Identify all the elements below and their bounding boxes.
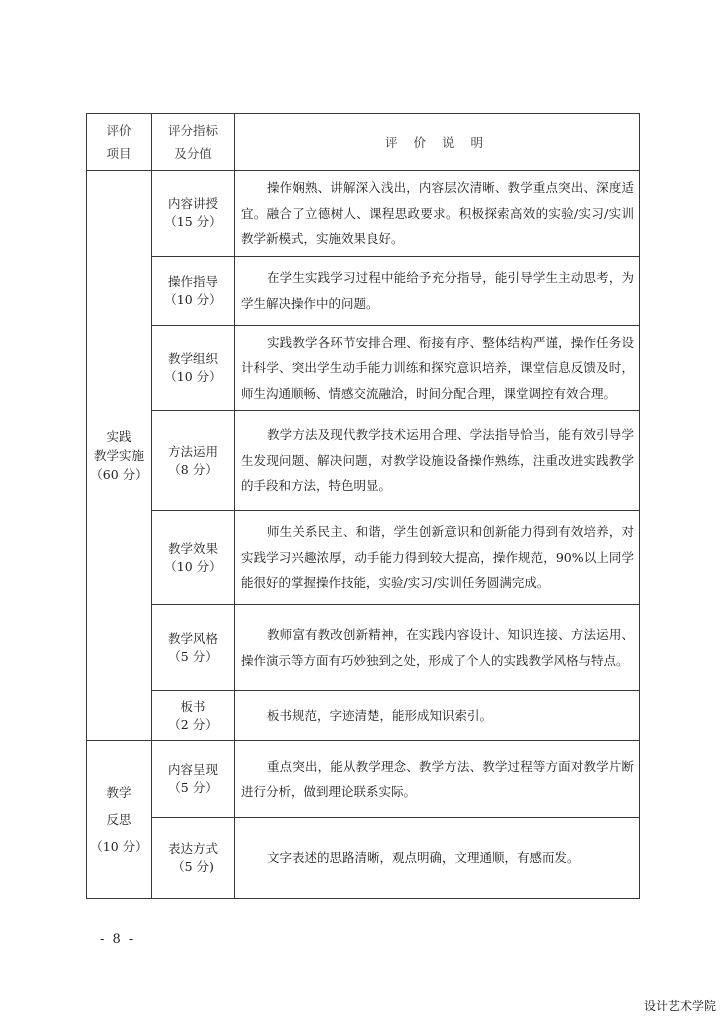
indicator-score: （5 分): [152, 858, 234, 876]
description-text: 教学方法及现代教学技术运用合理、学法指导恰当，能有效引导学生发现问题、解决问题，…: [241, 422, 634, 499]
table-row: 操作指导 （10 分） 在学生实践学习过程中能给予充分指导，能引导学生主动思考，…: [87, 256, 640, 325]
indicator-cell: 教学组织 （10 分）: [152, 325, 235, 411]
category-score: （10 分）: [87, 833, 151, 860]
indicator-cell: 表达方式 （5 分): [152, 818, 235, 899]
table-header-row: 评价 项目 评分指标 及分值 评 价 说 明: [87, 114, 640, 171]
indicator-score: （10 分）: [152, 558, 234, 576]
description-cell: 实践教学各环节安排合理、衔接有序、整体结构严谨，操作任务设计科学、突出学生动手能…: [235, 325, 640, 411]
description-text: 文字表述的思路清晰，观点明确，文理通顺，有感而发。: [241, 845, 634, 871]
category-score: （60 分）: [87, 465, 151, 484]
indicator-cell: 操作指导 （10 分）: [152, 256, 235, 325]
description-text: 操作娴熟、讲解深入浅出，内容层次清晰、教学重点突出、深度适宜。融合了立德树人、课…: [241, 175, 634, 252]
indicator-name: 方法运用: [152, 443, 234, 461]
school-watermark: 设计艺术学院: [644, 997, 716, 1014]
description-cell: 教师富有教改创新精神，在实践内容设计、知识连接、方法运用、操作演示等方面有巧妙独…: [235, 605, 640, 691]
table-row: 教学风格 （5 分） 教师富有教改创新精神，在实践内容设计、知识连接、方法运用、…: [87, 605, 640, 691]
header-description: 评 价 说 明: [235, 114, 640, 171]
page-number: - 8 -: [100, 932, 135, 947]
category-line: 教学: [87, 779, 151, 806]
indicator-name: 表达方式: [152, 840, 234, 858]
description-cell: 操作娴熟、讲解深入浅出，内容层次清晰、教学重点突出、深度适宜。融合了立德树人、课…: [235, 171, 640, 257]
category-line: 实践: [87, 427, 151, 446]
table-row: 实践 教学实施 （60 分） 内容讲授 （15 分） 操作娴熟、讲解深入浅出，内…: [87, 171, 640, 257]
description-text: 板书规范，字迹清楚，能形成知识索引。: [241, 703, 634, 729]
indicator-score: （10 分）: [152, 368, 234, 386]
indicator-cell: 教学风格 （5 分）: [152, 605, 235, 691]
category-practice-teaching: 实践 教学实施 （60 分）: [87, 171, 152, 741]
indicator-score: （5 分）: [152, 779, 234, 797]
description-text: 教师富有教改创新精神，在实践内容设计、知识连接、方法运用、操作演示等方面有巧妙独…: [241, 622, 634, 673]
indicator-score: （2 分）: [152, 716, 234, 734]
table-row: 表达方式 （5 分) 文字表述的思路清晰，观点明确，文理通顺，有感而发。: [87, 818, 640, 899]
description-text: 实践教学各环节安排合理、衔接有序、整体结构严谨，操作任务设计科学、突出学生动手能…: [241, 330, 634, 407]
description-cell: 文字表述的思路清晰，观点明确，文理通顺，有感而发。: [235, 818, 640, 899]
document-page: 评价 项目 评分指标 及分值 评 价 说 明 实践 教学实施 （60 分） 内容…: [0, 0, 724, 1024]
indicator-cell: 内容呈现 （5 分）: [152, 741, 235, 818]
indicator-cell: 板书 （2 分）: [152, 691, 235, 741]
indicator-name: 教学风格: [152, 630, 234, 648]
header-indicator: 评分指标 及分值: [152, 114, 235, 171]
description-text: 师生关系民主、和谐，学生创新意识和创新能力得到有效培养，对实践学习兴趣浓厚，动手…: [241, 519, 634, 596]
table-row: 方法运用 （8 分） 教学方法及现代教学技术运用合理、学法指导恰当，能有效引导学…: [87, 411, 640, 511]
description-cell: 在学生实践学习过程中能给予充分指导，能引导学生主动思考，为学生解决操作中的问题。: [235, 256, 640, 325]
description-cell: 教学方法及现代教学技术运用合理、学法指导恰当，能有效引导学生发现问题、解决问题，…: [235, 411, 640, 511]
table-row: 板书 （2 分） 板书规范，字迹清楚，能形成知识索引。: [87, 691, 640, 741]
header-category: 评价 项目: [87, 114, 152, 171]
table-row: 教学效果 （10 分） 师生关系民主、和谐，学生创新意识和创新能力得到有效培养，…: [87, 511, 640, 605]
header-indicator-line1: 评分指标: [152, 119, 234, 142]
description-cell: 板书规范，字迹清楚，能形成知识索引。: [235, 691, 640, 741]
description-cell: 重点突出，能从教学理念、教学方法、教学过程等方面对教学片断进行分析，做到理论联系…: [235, 741, 640, 818]
category-line: 反思: [87, 806, 151, 833]
indicator-name: 内容讲授: [152, 195, 234, 213]
indicator-name: 操作指导: [152, 273, 234, 291]
description-text: 重点突出，能从教学理念、教学方法、教学过程等方面对教学片断进行分析，做到理论联系…: [241, 754, 634, 805]
description-cell: 师生关系民主、和谐，学生创新意识和创新能力得到有效培养，对实践学习兴趣浓厚，动手…: [235, 511, 640, 605]
indicator-cell: 内容讲授 （15 分）: [152, 171, 235, 257]
indicator-score: （10 分）: [152, 291, 234, 309]
indicator-name: 内容呈现: [152, 761, 234, 779]
header-category-line1: 评价: [87, 119, 151, 142]
indicator-cell: 方法运用 （8 分）: [152, 411, 235, 511]
category-teaching-reflection: 教学 反思 （10 分）: [87, 741, 152, 899]
indicator-score: （5 分）: [152, 648, 234, 666]
description-text: 在学生实践学习过程中能给予充分指导，能引导学生主动思考，为学生解决操作中的问题。: [241, 265, 634, 316]
indicator-cell: 教学效果 （10 分）: [152, 511, 235, 605]
indicator-score: （15 分）: [152, 213, 234, 231]
indicator-name: 板书: [152, 698, 234, 716]
evaluation-table: 评价 项目 评分指标 及分值 评 价 说 明 实践 教学实施 （60 分） 内容…: [86, 113, 640, 899]
header-category-line2: 项目: [87, 142, 151, 165]
header-indicator-line2: 及分值: [152, 142, 234, 165]
table-row: 教学 反思 （10 分） 内容呈现 （5 分） 重点突出，能从教学理念、教学方法…: [87, 741, 640, 818]
category-line: 教学实施: [87, 446, 151, 465]
indicator-name: 教学效果: [152, 540, 234, 558]
table-row: 教学组织 （10 分） 实践教学各环节安排合理、衔接有序、整体结构严谨，操作任务…: [87, 325, 640, 411]
indicator-name: 教学组织: [152, 350, 234, 368]
indicator-score: （8 分）: [152, 461, 234, 479]
